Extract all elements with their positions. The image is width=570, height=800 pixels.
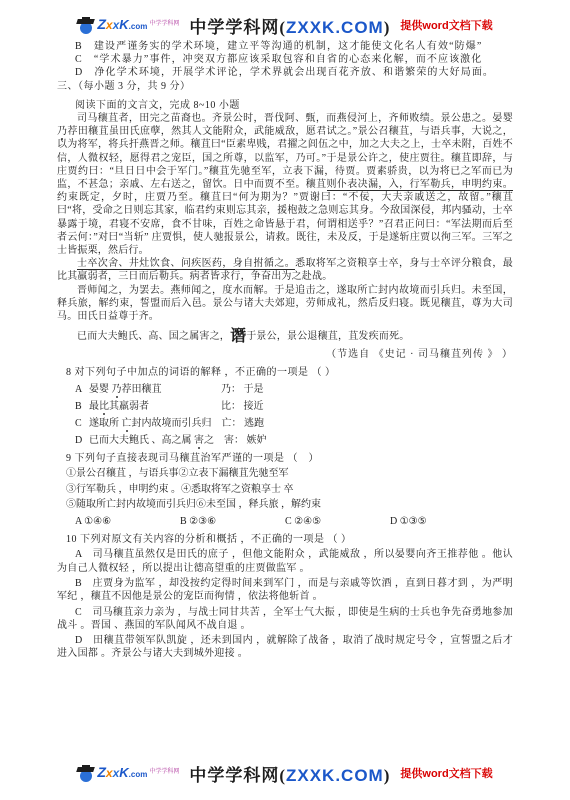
q8-gloss: 比： 接近 (221, 400, 264, 413)
site-title[interactable]: 中学学科网(ZXXK.COM) (189, 761, 390, 786)
word-download-link[interactable]: 提供word文档下载 (400, 17, 492, 33)
q9-items-row-3: ⑤随取所亡封内故境而引兵归⑥未至国 ，释兵旅 ，解约束 (57, 498, 513, 511)
q9-choice-C: C ②④⑤ (285, 515, 390, 528)
dotted-char: 害 (194, 435, 204, 446)
q9-choice-A: A ①④⑥ (75, 515, 180, 528)
q8-gloss: 亡： 逃跑 (222, 417, 265, 430)
logo-tagline: 中学学科网 (149, 769, 179, 775)
footer-brandbar: ZxxK.com 中学学科网 中学学科网(ZXXK.COM) 提供word文档下… (0, 758, 570, 788)
passage-paragraph-4: 已而大夫鲍氏、高、国之属害之，谮于景公，景公退穰苴，苴发疾而死。 (57, 329, 513, 344)
prev-option-B: B 建设严谨务实的学术环境，建立平等沟通的机制，这才能使文化名人有效“防爆” (57, 40, 513, 53)
logo-wordmark: ZxxK.com (97, 17, 147, 34)
q8-option-C: C遂取所 亡封内故境而引兵归亡： 逃跑 (57, 417, 513, 430)
prev-option-C: C “学术暴力”事件，冲突双方都应该采取包容和自省的心态来化解，而不应该激化 (57, 53, 513, 66)
site-title[interactable]: 中学学科网(ZXXK.COM) (189, 13, 390, 38)
zxxk-logo[interactable]: ZxxK.com 中学学科网 (77, 764, 179, 782)
q9-items-row-2: ③行军勒兵 ，申明约束 。④悉取将军之资粮享士 卒 (57, 483, 513, 496)
graduation-cap-icon (77, 764, 95, 782)
enlarged-char: 谮 (230, 328, 246, 345)
q10-option-B: B 庄贾身为监军 ，却没按约定得时间来到军门 ，而是与亲戚等饮酒 ，直到日暮才到… (57, 577, 513, 603)
q10-option-A: A 司马穰苴虽然仅是田氏的庶子 ，但他文能附众 ，武能威敌 ，所以晏婴向齐王推荐… (57, 548, 513, 574)
q8-option-A: A晏婴 乃荐田穰苴乃： 于是 (57, 383, 513, 396)
question-10-stem: 10 下列对原文有关内容的分析和概括 ，不正确的一项是 （ ） (57, 533, 513, 546)
dotted-char: 乃 (112, 384, 122, 395)
passage-source: （节选自 《史记 · 司马穰苴列传 》 ） (57, 348, 513, 361)
exam-page: ZxxK.com 中学学科网 中学学科网(ZXXK.COM) 提供word文档下… (0, 0, 570, 800)
q9-choice-B: B ②③⑥ (180, 515, 285, 528)
dotted-char: 比 (99, 401, 109, 412)
graduation-cap-icon (77, 16, 95, 34)
passage-paragraph-3: 晋师闻之，为罢去。燕师闻之，度水而解。于是追击之，遂取所亡封内故境而引兵归。未至… (57, 284, 513, 324)
document-body: B 建设严谨务实的学术环境，建立平等沟通的机制，这才能使文化名人有效“防爆” C… (57, 40, 513, 661)
section-heading: 三、（每小题 3 分，共 9 分） (57, 80, 513, 93)
q8-gloss: 乃： 于是 (221, 383, 264, 396)
header-brandbar: ZxxK.com 中学学科网 中学学科网(ZXXK.COM) 提供word文档下… (0, 0, 570, 40)
logo-wordmark: ZxxK.com (97, 765, 147, 782)
zxxk-logo[interactable]: ZxxK.com 中学学科网 (77, 16, 179, 34)
q10-option-D: D 田穰苴带领军队凯旋 ，还未到国内 ，就解除了战备 ，取消了战时规定号令 ，宣… (57, 634, 513, 660)
question-8-stem: 8 对下列句子中加点的词语的解释 ，不正确的一项是 （ ） (57, 366, 513, 379)
q8-option-B: B最比其羸弱者比： 接近 (57, 400, 513, 413)
q9-choice-D: D ①③⑤ (390, 515, 495, 528)
dotted-char: 乃 (57, 126, 67, 137)
dotted-char: 亡 (368, 285, 378, 296)
underlined-phrase-2: 士卒次舍、井灶饮食、问疾医药，身自拊循之。 (77, 258, 295, 270)
passage-paragraph-2: 士卒次舍、井灶饮食、问疾医药，身自拊循之。悉取将军之资粮享士卒，身与士卒评分粮食… (57, 257, 513, 283)
prev-option-D: D 净化学术环境，开展学术评论，学术界就会出现百花齐放、和谐繁荣的大好局面。 (57, 66, 513, 79)
passage-paragraph-1: 司马穰苴者，田完之苗裔也。齐景公时，晋伐阿、甄，而燕侵河上，齐师败绩。景公患之。… (57, 112, 513, 257)
q8-option-D: D已而大夫鲍氏 、高之属 害之害： 嫉妒 (57, 434, 513, 447)
q8-gloss: 害： 嫉妒 (224, 434, 267, 447)
dotted-char: 亡 (122, 418, 132, 429)
q9-items-row-1: ①景公召穰苴 ，与语兵事②立表下漏穰苴先驰至军 (57, 467, 513, 480)
q10-option-C: C 司马穰苴亲力亲为 ，与战士同甘共苦 ，全军士气大振 ，即使是生病的士兵也争先… (57, 606, 513, 632)
logo-tagline: 中学学科网 (149, 21, 179, 27)
question-9-stem: 9 下列句子直接表现司马穰苴治军严谨的一项是 （ ） (57, 452, 513, 465)
word-download-link[interactable]: 提供word文档下载 (400, 765, 492, 781)
q9-choices-row: A ①④⑥B ②③⑥C ②④⑤D ①③⑤ (57, 515, 513, 528)
underlined-phrase-1: 则仆表决漏，入，行军勒兵，申明约束。 (327, 179, 513, 191)
reading-instruction: 阅读下面的文言文，完成 8~10 小题 (57, 99, 513, 112)
